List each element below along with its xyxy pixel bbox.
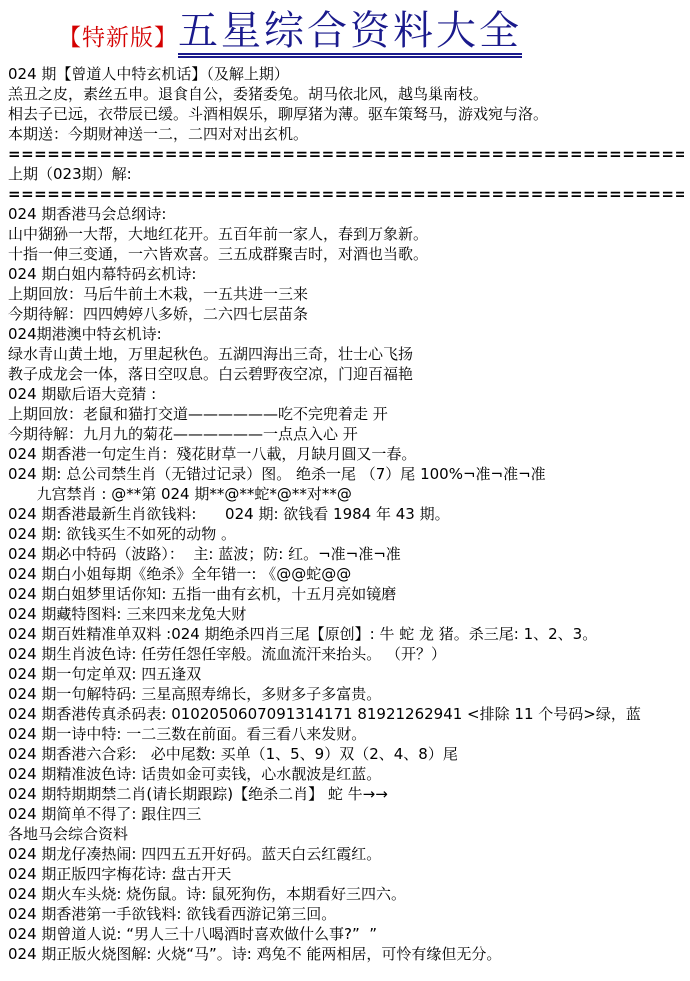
- text-line: 羔丑之皮，素丝五申。退食自公，委猪委兔。胡马依北风，越鸟巢南枝。: [8, 84, 684, 104]
- text-line: 相去子已远，衣带辰已缓。斗酒相娱乐，聊厚猪为薄。驱车策驽马，游戏宛与洛。: [8, 104, 684, 124]
- text-line: 上期回放：马后牛前土木栽，一五共进一三来: [8, 284, 684, 304]
- text-line: 上期回放：老鼠和猫打交道——————吃不完兜着走 开: [8, 404, 684, 424]
- text-line: 024 期香港最新生肖欲钱料: 024 期: 欲钱看 1984 年 43 期。: [8, 504, 684, 524]
- separator-line: ========================================…: [8, 144, 684, 164]
- content-lines: 024 期【曾道人中特玄机话】（及解上期）羔丑之皮，素丝五申。退食自公，委猪委兔…: [0, 58, 690, 964]
- text-line: 024 期正版火烧图解: 火烧“马”。诗: 鸡兔不 能两相居，可怜有缘但无分。: [8, 944, 684, 964]
- page-title: 五星综合资料大全: [178, 10, 522, 58]
- text-line: 各地马会综合资料: [8, 824, 684, 844]
- text-line: 024 期: 欲钱买生不如死的动物 。: [8, 524, 684, 544]
- text-line: 024 期: 总公司禁生肖（无错过记录）图。 绝杀一尾 （7）尾 100%¬准¬…: [8, 464, 684, 484]
- text-line: 教子成龙会一体，落日空叹息。白云碧野夜空凉，门迎百福艳: [8, 364, 684, 384]
- text-line: 绿水青山黄土地，万里起秋色。五湖四海出三奇，壮士心飞扬: [8, 344, 684, 364]
- text-line: 024 期【曾道人中特玄机话】（及解上期）: [8, 64, 684, 84]
- text-line: 024 期香港六合彩: 必中尾数: 买单（1、5、9）双（2、4、8）尾: [8, 744, 684, 764]
- text-line: 024 期正版四字梅花诗: 盘古开天: [8, 864, 684, 884]
- text-line: 024 期龙仔凑热闹: 四四五五开好码。蓝天白云红霞红。: [8, 844, 684, 864]
- text-line: 024 期百姓精准单双料 :024 期绝杀四肖三尾【原创】: 牛 蛇 龙 猪。杀…: [8, 624, 684, 644]
- text-line: 024 期一句解特码: 三星高照寿绵长，多财多子多富贵。: [8, 684, 684, 704]
- text-line: 十指一伸三变通，一六皆欢喜。三五成群聚吉时，对酒也当歌。: [8, 244, 684, 264]
- text-line: 今期待解：四四娉婷八多娇，二六四七层苗条: [8, 304, 684, 324]
- text-line: 024 期白姐内幕特码玄机诗:: [8, 264, 684, 284]
- text-line: 上期（023期）解:: [8, 164, 684, 184]
- text-line: 024 期歇后语大竞猜 :: [8, 384, 684, 404]
- text-line: 024 期生肖波色诗: 任劳任怨任宰般。流血流汗来抬头。 （开？）: [8, 644, 684, 664]
- text-line: 024 期一诗中特: 一二三数在前面。看三看八来发财。: [8, 724, 684, 744]
- edition-badge: 【特新版】: [58, 27, 178, 50]
- page: 【特新版】 五星综合资料大全 024 期【曾道人中特玄机话】（及解上期）羔丑之皮…: [0, 0, 690, 981]
- text-line: 024 期精准波色诗: 话贵如金可卖钱，心水靓波是红蓝。: [8, 764, 684, 784]
- text-line: 九宫禁肖 : @**第 024 期**@**蛇*@**对**@: [8, 484, 684, 504]
- text-line: 024 期藏特图料: 三来四来龙兔大财: [8, 604, 684, 624]
- text-line: 024 期香港传真杀码表: 0102050607091314171 819212…: [8, 704, 684, 724]
- text-line: 024 期火车头烧: 烧伤鼠。诗: 鼠死狗伤，本期看好三四六。: [8, 884, 684, 904]
- text-line: 024 期香港一句定生肖：殘花財草一八載，月缺月圓又一春。: [8, 444, 684, 464]
- page-header: 【特新版】 五星综合资料大全: [0, 0, 690, 58]
- text-line: 024 期一句定单双: 四五逢双: [8, 664, 684, 684]
- text-line: 024 期白小姐每期《绝杀》全年错一: 《@@蛇@@: [8, 564, 684, 584]
- text-line: 今期待解：九月九的菊花——————一点点入心 开: [8, 424, 684, 444]
- text-line: 山中猢狲一大帮，大地红花开。五百年前一家人，春到万象新。: [8, 224, 684, 244]
- text-line: 本期送：今期财神送一二，二四对对出玄机。: [8, 124, 684, 144]
- text-line: 024 期必中特码（波路）： 主: 蓝波；防: 红。¬准¬准¬准: [8, 544, 684, 564]
- text-line: 024 期香港马会总纲诗:: [8, 204, 684, 224]
- text-line: 024 期曾道人说: “男人三十八喝酒时喜欢做什么事?” ”: [8, 924, 684, 944]
- text-line: 024 期特期期禁二肖(请长期跟踪)【绝杀二肖】 蛇 牛→→: [8, 784, 684, 804]
- text-line: 024 期白姐梦里话你知: 五指一曲有玄机，十五月亮如镜磨: [8, 584, 684, 604]
- text-line: 024 期香港第一手欲钱料: 欲钱看西游记第三回。: [8, 904, 684, 924]
- text-line: 024 期简单不得了: 跟住四三: [8, 804, 684, 824]
- separator-line: ========================================…: [8, 184, 684, 204]
- text-line: 024期港澳中特玄机诗:: [8, 324, 684, 344]
